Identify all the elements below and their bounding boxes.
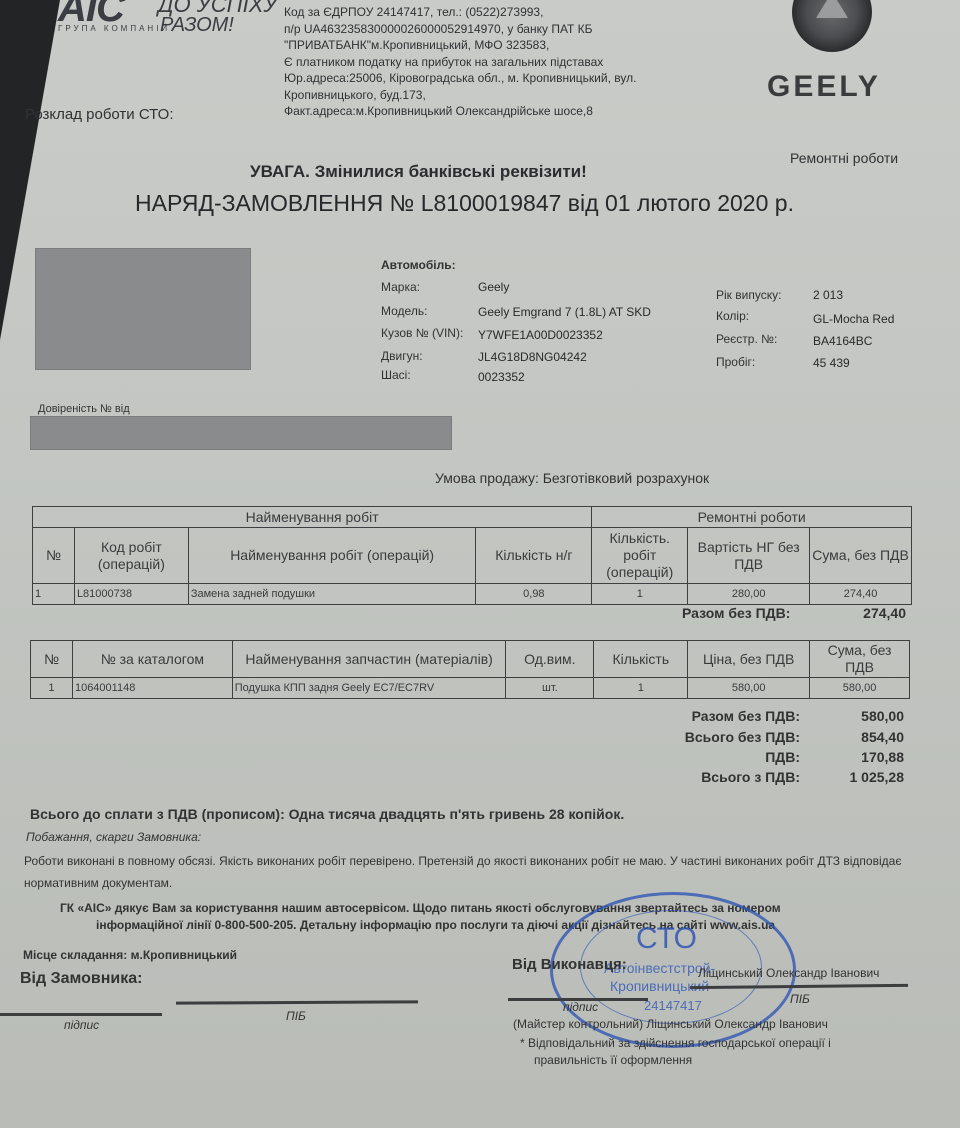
customer-name-line <box>176 1000 418 1004</box>
col-hours: Кількість н/г <box>476 528 592 584</box>
works-total-label: Разом без ПДВ: <box>682 605 790 621</box>
parts-total-label: Разом без ПДВ: <box>600 708 800 724</box>
vat-value: 170,88 <box>804 749 904 765</box>
car-chassis-label: Шасі: <box>381 368 411 382</box>
cell-name: Подушка КПП задня Geely EC7/EC7RV <box>232 678 506 699</box>
car-color-value: GL-Mocha Red <box>813 312 894 326</box>
bank-change-notice: УВАГА. Змінилися банківські реквізити! <box>250 162 587 182</box>
company-requisites: Код за ЄДРПОУ 24147417, тел.: (0522)2739… <box>284 4 684 120</box>
requisite-line: Факт.адреса:м.Кропивницький Олександрійс… <box>284 103 684 120</box>
col-name: Найменування робіт (операцій) <box>188 528 476 584</box>
car-mileage-value: 45 439 <box>813 356 850 370</box>
works-group-header: Найменування робіт <box>33 507 592 528</box>
grand-total-label: Всього з ПДВ: <box>600 769 800 785</box>
responsible-note: * Відповідальний за здійснення господарс… <box>520 1035 831 1069</box>
master-controller: (Майстер контрольний) Ліщинський Олексан… <box>513 1017 828 1031</box>
works-table: Найменування робіт Ремонтні роботи № Код… <box>32 506 912 605</box>
wishes-label: Побажання, скарги Замовника: <box>26 830 201 844</box>
col-price: Вартість НГ без ПДВ <box>688 528 810 584</box>
car-model-value: Geely Emgrand 7 (1.8L) AT SKD <box>478 305 651 319</box>
cell-sum: 274,40 <box>810 584 912 605</box>
col-unit: Од.вим. <box>506 641 594 678</box>
power-of-attorney-label: Довіреність № від <box>38 403 130 415</box>
place-of-issue: Місце складання: м.Кропивницький <box>23 948 237 962</box>
order-title: НАРЯД-ЗАМОВЛЕННЯ № L8100019847 від 01 лю… <box>135 190 794 217</box>
cell-price: 580,00 <box>688 678 810 699</box>
col-sum: Сума, без ПДВ <box>810 528 912 584</box>
car-make-value: Geely <box>478 280 509 294</box>
car-heading: Автомобіль: <box>381 258 456 272</box>
col-name: Найменування запчастин (матеріалів) <box>232 641 506 678</box>
requisite-line: Кропивницького, буд.173, <box>284 87 684 104</box>
col-sum: Сума, без ПДВ <box>810 641 910 678</box>
car-reg-label: Реєстр. №: <box>716 332 777 346</box>
repair-label: Ремонтні роботи <box>790 150 898 166</box>
customer-signature-line <box>0 1013 162 1016</box>
requisite-line: Код за ЄДРПОУ 24147417, тел.: (0522)2739… <box>284 4 684 21</box>
works-total-value: 274,40 <box>836 605 906 621</box>
car-chassis-value: 0023352 <box>478 370 525 384</box>
completion-text: Роботи виконані в повному обсязі. Якість… <box>24 850 904 894</box>
cell-no: 1 <box>33 584 75 605</box>
ais-slogan-line2: РАЗОМ! <box>160 14 234 37</box>
stamp-code: 24147417 <box>644 998 702 1013</box>
redacted-power-of-attorney <box>30 416 452 450</box>
customer-signature-caption: підпис <box>64 1018 99 1032</box>
cell-no: 1 <box>31 678 73 699</box>
stamp-title: СТО <box>636 922 697 956</box>
grand-total-no-vat-value: 854,40 <box>804 729 904 745</box>
sale-terms: Умова продажу: Безготівковий розрахунок <box>435 470 709 486</box>
car-color-label: Колір: <box>716 309 749 323</box>
responsible-line: правильність її оформлення <box>520 1052 831 1069</box>
executor-name-caption: ПІБ <box>790 992 810 1006</box>
cell-sum: 580,00 <box>810 678 910 699</box>
cell-unit: шт. <box>506 678 594 699</box>
executor-heading: Від Виконавця: <box>512 956 627 973</box>
car-engine-value: JL4G18D8NG04242 <box>478 350 587 364</box>
table-row: 1 1064001148 Подушка КПП задня Geely EC7… <box>31 678 910 699</box>
grand-total-value: 1 025,28 <box>804 769 904 785</box>
col-price: Ціна, без ПДВ <box>688 641 810 678</box>
executor-name: Ліщинський Олександр Іванович <box>698 966 879 980</box>
executor-signature-caption: підпис <box>563 1000 598 1014</box>
vat-label: ПДВ: <box>600 749 800 765</box>
grand-total-no-vat-label: Всього без ПДВ: <box>600 729 800 745</box>
col-no: № <box>33 528 75 584</box>
total-in-words: Всього до сплати з ПДВ (прописом): Одна … <box>30 806 624 822</box>
cell-catalog: 1064001148 <box>72 678 232 699</box>
redacted-block <box>35 248 251 370</box>
document-page: AIC ДО УСПІХУ РАЗОМ! ГРУПА КОМПАНІЙ Код … <box>0 0 960 1128</box>
geely-logo-text: GEELY <box>767 70 881 104</box>
cell-code: L81000738 <box>74 584 188 605</box>
repair-group-header: Ремонтні роботи <box>592 507 912 528</box>
col-count: Кількість. робіт (операцій) <box>592 528 688 584</box>
schedule-label: Розклад роботи СТО: <box>25 106 174 123</box>
car-year-value: 2 013 <box>813 288 843 302</box>
parts-table: № № за каталогом Найменування запчастин … <box>30 640 910 699</box>
geely-emblem-icon <box>792 0 872 52</box>
cell-qty: 1 <box>594 678 688 699</box>
col-qty: Кількість <box>594 641 688 678</box>
requisite-line: Є платником податку на прибуток на загал… <box>284 54 684 71</box>
col-no: № <box>31 641 73 678</box>
cell-count: 1 <box>592 584 688 605</box>
requisite-line: Юр.адреса:25006, Кіровоградська обл., м.… <box>284 70 684 87</box>
car-mileage-label: Пробіг: <box>716 355 755 369</box>
ais-company-caption: ГРУПА КОМПАНІЙ <box>58 24 170 33</box>
cell-name: Замена задней подушки <box>188 584 476 605</box>
col-code: Код робіт (операцій) <box>74 528 188 584</box>
car-reg-value: BA4164BC <box>813 334 872 348</box>
car-vin-value: Y7WFE1A00D0023352 <box>478 328 603 342</box>
requisite-line: п/р UA463235830000026000052914970, у бан… <box>284 21 684 38</box>
responsible-line: * Відповідальний за здійснення господарс… <box>520 1035 831 1052</box>
car-year-label: Рік випуску: <box>716 288 781 302</box>
parts-total-value: 580,00 <box>804 708 904 724</box>
car-vin-label: Кузов № (VIN): <box>381 326 463 340</box>
col-catalog: № за каталогом <box>72 641 232 678</box>
car-model-label: Модель: <box>381 304 427 318</box>
cell-price: 280,00 <box>688 584 810 605</box>
car-engine-label: Двигун: <box>381 349 423 363</box>
customer-heading: Від Замовника: <box>20 970 143 988</box>
cell-hours: 0,98 <box>476 584 592 605</box>
car-make-label: Марка: <box>381 280 420 294</box>
requisite-line: "ПРИВАТБАНК"м.Кропивницький, МФО 323583, <box>284 37 684 54</box>
customer-name-caption: ПІБ <box>286 1009 306 1023</box>
table-row: 1 L81000738 Замена задней подушки 0,98 1… <box>33 584 912 605</box>
